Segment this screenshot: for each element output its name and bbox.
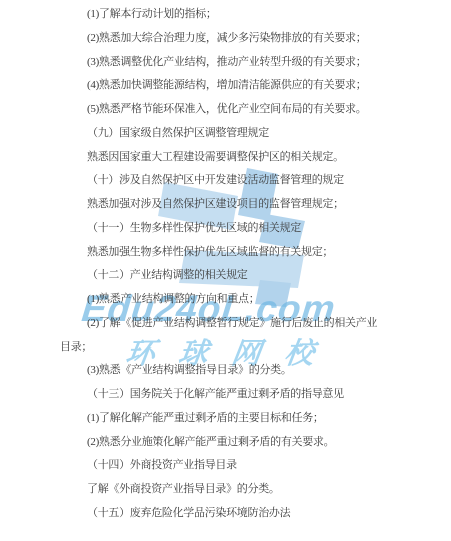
text-line: (3)熟悉调整优化产业结构，推动产业转型升级的有关要求； <box>0 51 451 75</box>
section-heading: （十）涉及自然保护区中开发建设活动监督管理的规定 <box>0 169 451 193</box>
document-page: Edu24oL.com 环球网校 (1)了解本行动计划的指标； (2)熟悉加大综… <box>0 0 451 541</box>
text-line: (1)了解本行动计划的指标； <box>0 3 451 27</box>
text-line: (2)熟悉分业施策化解产能严重过剩矛盾的有关要求。 <box>0 431 451 455</box>
text-line: (5)熟悉严格节能环保准入，优化产业空间布局的有关要求。 <box>0 98 451 122</box>
text-line: (2)熟悉加大综合治理力度，减少多污染物排放的有关要求； <box>0 27 451 51</box>
document-body: (1)了解本行动计划的指标； (2)熟悉加大综合治理力度，减少多污染物排放的有关… <box>0 0 451 526</box>
text-line: 熟悉因国家重大工程建设需要调整保护区的相关规定。 <box>0 146 451 170</box>
text-line: (3)熟悉《产业结构调整指导目录》的分类。 <box>0 359 451 383</box>
text-line: (1)熟悉产业结构调整的方向和重点； <box>0 288 451 312</box>
text-line: 熟悉加强对涉及自然保护区建设项目的监督管理规定； <box>0 193 451 217</box>
text-line: (4)熟悉加快调整能源结构，增加清洁能源供应的有关要求； <box>0 74 451 98</box>
section-heading: （十三）国务院关于化解产能严重过剩矛盾的指导意见 <box>0 383 451 407</box>
section-heading: （十五）废弃危险化学品污染环境防治办法 <box>0 502 451 526</box>
text-line-continuation: 目录； <box>0 336 451 360</box>
section-heading: （十四）外商投资产业指导目录 <box>0 454 451 478</box>
section-heading: （十一）生物多样性保护优先区域的相关规定 <box>0 217 451 241</box>
section-heading: （十二）产业结构调整的相关规定 <box>0 264 451 288</box>
text-line: 了解《外商投资产业指导目录》的分类。 <box>0 478 451 502</box>
text-line: (1)了解化解产能严重过剩矛盾的主要目标和任务； <box>0 407 451 431</box>
text-line: 熟悉加强生物多样性保护优先区域监督的有关规定； <box>0 241 451 265</box>
section-heading: （九）国家级自然保护区调整管理规定 <box>0 122 451 146</box>
text-line: (2)了解《促进产业结构调整暂行规定》施行后废止的相关产业 <box>0 312 451 336</box>
